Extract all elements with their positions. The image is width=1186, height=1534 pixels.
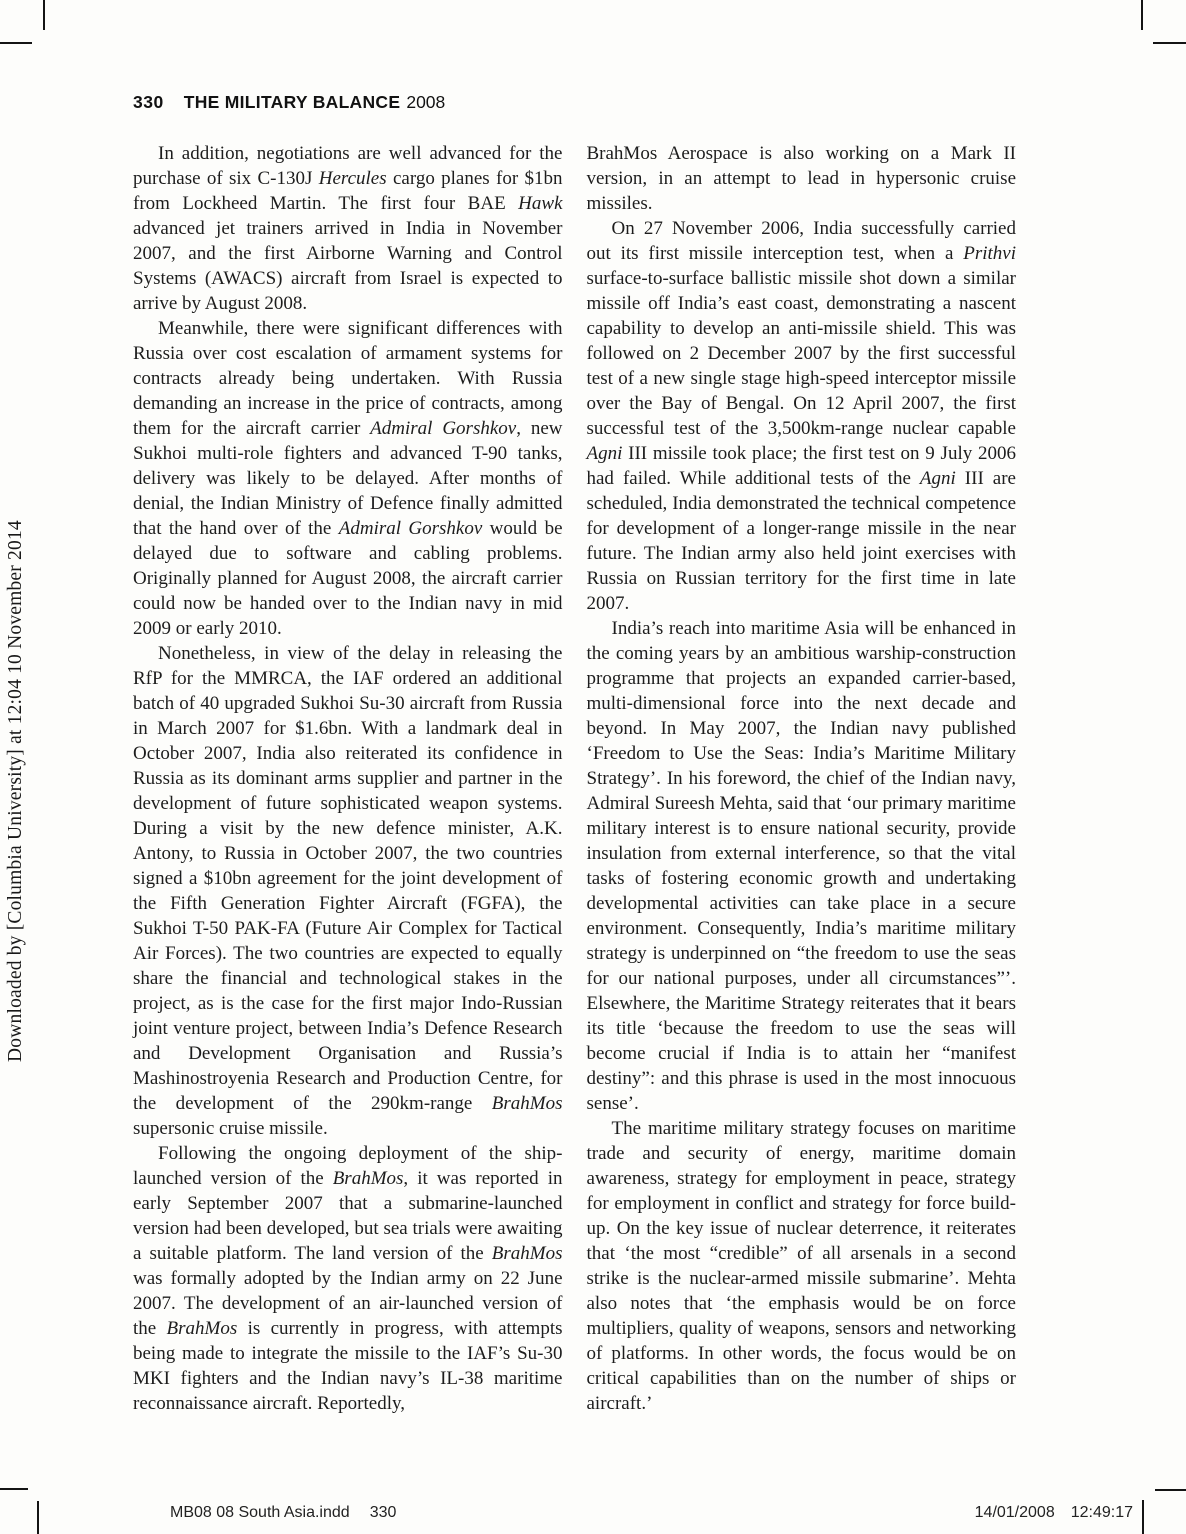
page-header: 330THE MILITARY BALANCE2008 bbox=[133, 92, 445, 113]
footer-right: 14/01/200812:49:17 bbox=[975, 1504, 1133, 1522]
footer-left: MB08 08 South Asia.indd330 bbox=[170, 1504, 396, 1522]
crop-mark-bottom-left-vertical bbox=[37, 1501, 39, 1534]
footer-time: 12:49:17 bbox=[1071, 1504, 1133, 1521]
crop-mark-bottom-left-horizontal bbox=[0, 1488, 28, 1490]
paragraph: The maritime military strategy focuses o… bbox=[587, 1116, 1017, 1416]
italic-text-run: BrahMos bbox=[333, 1168, 404, 1189]
text-run: The maritime military strategy focuses o… bbox=[587, 1118, 1017, 1414]
italic-text-run: Prithvi bbox=[963, 243, 1016, 264]
paragraph: BrahMos Aerospace is also working on a M… bbox=[587, 141, 1017, 216]
text-run: Nonetheless, in view of the delay in rel… bbox=[133, 643, 563, 1114]
crop-mark-bottom-right-horizontal bbox=[1155, 1489, 1186, 1491]
italic-text-run: BrahMos bbox=[492, 1243, 563, 1264]
text-columns: In addition, negotiations are well advan… bbox=[133, 141, 1016, 1416]
italic-text-run: Agni bbox=[920, 468, 956, 489]
footer-date: 14/01/2008 bbox=[975, 1504, 1055, 1521]
crop-mark-top-right-horizontal bbox=[1153, 42, 1186, 44]
paragraph: India’s reach into maritime Asia will be… bbox=[587, 616, 1017, 1116]
text-run: On 27 November 2006, India successfully … bbox=[587, 218, 1017, 264]
text-run: supersonic cruise missile. bbox=[133, 1118, 328, 1139]
italic-text-run: Hercules bbox=[319, 168, 387, 189]
italic-text-run: Admiral Gorshkov bbox=[370, 418, 516, 439]
crop-mark-top-left-vertical bbox=[43, 0, 45, 30]
paragraph: Following the ongoing deployment of the … bbox=[133, 1141, 563, 1416]
footer-page-number: 330 bbox=[370, 1504, 397, 1521]
text-run: India’s reach into maritime Asia will be… bbox=[587, 618, 1017, 1114]
paragraph: Meanwhile, there were significant differ… bbox=[133, 316, 563, 641]
text-run: advanced jet trainers arrived in India i… bbox=[133, 218, 563, 314]
paragraph: In addition, negotiations are well advan… bbox=[133, 141, 563, 316]
italic-text-run: Hawk bbox=[518, 193, 562, 214]
right-column: BrahMos Aerospace is also working on a M… bbox=[587, 141, 1017, 1416]
text-run: BrahMos Aerospace is also working on a M… bbox=[587, 143, 1017, 214]
text-run: III are scheduled, India demonstrated th… bbox=[587, 468, 1017, 614]
left-column: In addition, negotiations are well advan… bbox=[133, 141, 563, 1416]
crop-mark-top-right-vertical bbox=[1141, 0, 1143, 30]
italic-text-run: BrahMos bbox=[492, 1093, 563, 1114]
paragraph: Nonetheless, in view of the delay in rel… bbox=[133, 641, 563, 1141]
footer-filename: MB08 08 South Asia.indd bbox=[170, 1504, 350, 1521]
italic-text-run: Admiral Gorshkov bbox=[339, 518, 483, 539]
book-page: Downloaded by [Columbia University] at 1… bbox=[0, 0, 1186, 1534]
paragraph: On 27 November 2006, India successfully … bbox=[587, 216, 1017, 616]
crop-mark-bottom-right-vertical bbox=[1142, 1500, 1144, 1534]
book-title: THE MILITARY BALANCE bbox=[184, 92, 401, 112]
page-number: 330 bbox=[133, 92, 164, 112]
text-run: surface-to-surface ballistic missile sho… bbox=[587, 268, 1017, 439]
crop-mark-top-left-horizontal bbox=[0, 42, 32, 44]
italic-text-run: Agni bbox=[587, 443, 623, 464]
book-year: 2008 bbox=[406, 92, 445, 112]
italic-text-run: BrahMos bbox=[167, 1318, 238, 1339]
download-watermark: Downloaded by [Columbia University] at 1… bbox=[5, 458, 27, 1062]
